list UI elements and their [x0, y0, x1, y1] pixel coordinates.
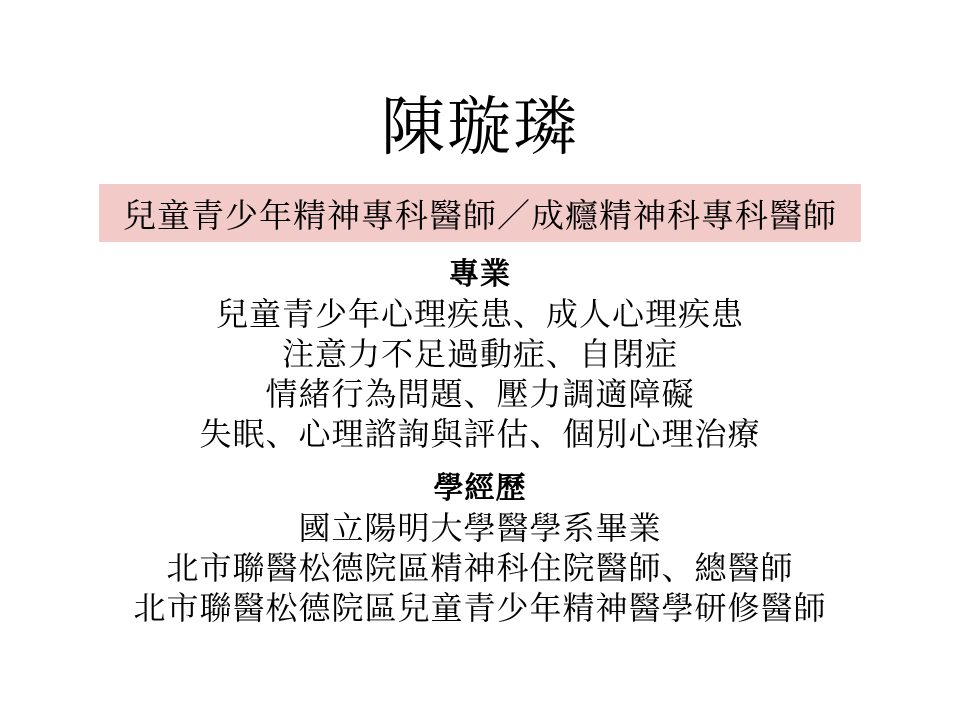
- specialty-line: 兒童青少年心理疾患、成人心理疾患: [0, 294, 960, 334]
- specialty-banner: 兒童青少年精神專科醫師／成癮精神科專科醫師: [99, 184, 861, 242]
- doctor-name-title: 陳璇璘: [0, 0, 960, 176]
- experience-line: 北市聯醫松德院區精神科住院醫師、總醫師: [0, 548, 960, 588]
- section-heading-specialty: 專業: [0, 256, 960, 294]
- specialty-line: 注意力不足過動症、自閉症: [0, 334, 960, 374]
- experience-line: 國立陽明大學醫學系畢業: [0, 508, 960, 548]
- specialty-line: 情緒行為問題、壓力調適障礙: [0, 374, 960, 414]
- experience-line: 北市聯醫松德院區兒童青少年精神醫學研修醫師: [0, 588, 960, 628]
- presentation-slide: 陳璇璘 兒童青少年精神專科醫師／成癮精神科專科醫師 專業 兒童青少年心理疾患、成…: [0, 0, 960, 720]
- section-heading-experience: 學經歷: [0, 470, 960, 508]
- specialty-banner-text: 兒童青少年精神專科醫師／成癮精神科專科醫師: [123, 190, 837, 237]
- specialty-line: 失眠、心理諮詢與評估、個別心理治療: [0, 414, 960, 454]
